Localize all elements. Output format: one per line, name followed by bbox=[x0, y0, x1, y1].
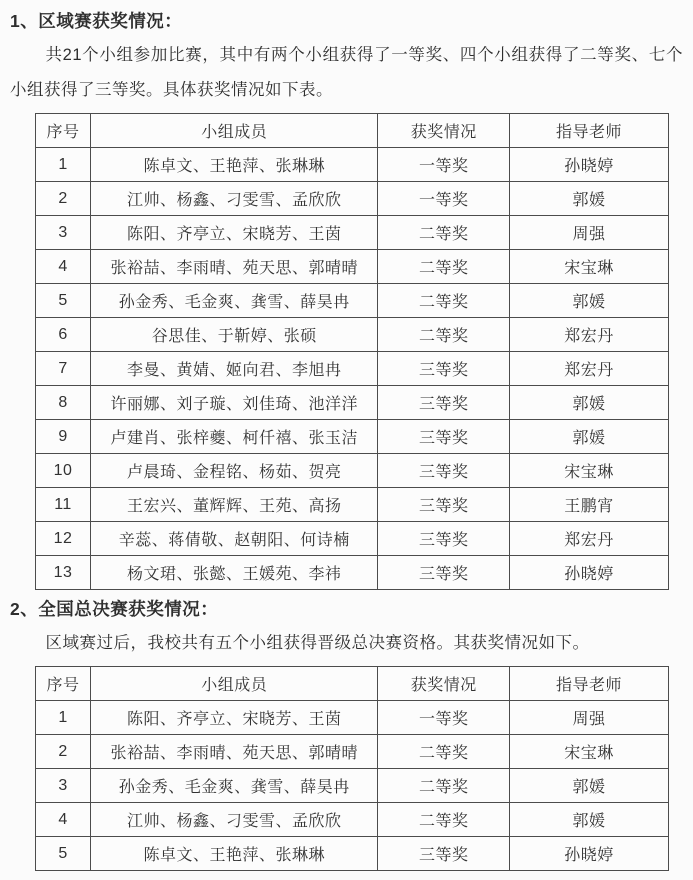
table-row: 1陈阳、齐亭立、宋晓芳、王茵一等奖周强 bbox=[36, 701, 669, 735]
header-row: 序号小组成员获奖情况指导老师 bbox=[36, 667, 669, 701]
cell-index: 1 bbox=[36, 148, 91, 182]
cell-members: 江帅、杨鑫、刁雯雪、孟欣欣 bbox=[91, 803, 378, 837]
cell-members: 辛蕊、蒋倩敬、赵朝阳、何诗楠 bbox=[91, 522, 378, 556]
cell-members: 许丽娜、刘子璇、刘佳琦、池洋洋 bbox=[91, 386, 378, 420]
table-row: 5孙金秀、毛金爽、龚雪、薛昊冉二等奖郭媛 bbox=[36, 284, 669, 318]
cell-award: 二等奖 bbox=[378, 284, 510, 318]
column-header: 获奖情况 bbox=[378, 667, 510, 701]
column-header: 序号 bbox=[36, 114, 91, 148]
cell-members: 卢晨琦、金程铭、杨茹、贺亮 bbox=[91, 454, 378, 488]
table-row: 7李曼、黄婧、姬向君、李旭冉三等奖郑宏丹 bbox=[36, 352, 669, 386]
cell-index: 13 bbox=[36, 556, 91, 590]
cell-award: 二等奖 bbox=[378, 803, 510, 837]
cell-members: 李曼、黄婧、姬向君、李旭冉 bbox=[91, 352, 378, 386]
cell-advisor: 宋宝琳 bbox=[510, 735, 669, 769]
cell-award: 三等奖 bbox=[378, 556, 510, 590]
table-row: 13杨文珺、张懿、王媛苑、李祎三等奖孙晓婷 bbox=[36, 556, 669, 590]
cell-advisor: 孙晓婷 bbox=[510, 837, 669, 871]
table-row: 6谷思佳、于靳婷、张硕二等奖郑宏丹 bbox=[36, 318, 669, 352]
table-row: 10卢晨琦、金程铭、杨茹、贺亮三等奖宋宝琳 bbox=[36, 454, 669, 488]
cell-index: 3 bbox=[36, 769, 91, 803]
cell-index: 9 bbox=[36, 420, 91, 454]
cell-award: 三等奖 bbox=[378, 352, 510, 386]
column-header: 序号 bbox=[36, 667, 91, 701]
header-row: 序号小组成员获奖情况指导老师 bbox=[36, 114, 669, 148]
cell-award: 一等奖 bbox=[378, 182, 510, 216]
cell-award: 二等奖 bbox=[378, 250, 510, 284]
cell-advisor: 宋宝琳 bbox=[510, 454, 669, 488]
cell-index: 12 bbox=[36, 522, 91, 556]
cell-members: 陈卓文、王艳萍、张琳琳 bbox=[91, 837, 378, 871]
table-row: 3陈阳、齐亭立、宋晓芳、王茵二等奖周强 bbox=[36, 216, 669, 250]
cell-advisor: 王鹏宵 bbox=[510, 488, 669, 522]
cell-index: 2 bbox=[36, 182, 91, 216]
cell-index: 4 bbox=[36, 803, 91, 837]
cell-members: 孙金秀、毛金爽、龚雪、薛昊冉 bbox=[91, 769, 378, 803]
cell-award: 一等奖 bbox=[378, 148, 510, 182]
table-row: 8许丽娜、刘子璇、刘佳琦、池洋洋三等奖郭媛 bbox=[36, 386, 669, 420]
cell-members: 江帅、杨鑫、刁雯雪、孟欣欣 bbox=[91, 182, 378, 216]
cell-members: 张裕喆、李雨晴、苑天思、郭晴晴 bbox=[91, 735, 378, 769]
cell-award: 三等奖 bbox=[378, 522, 510, 556]
table-row: 2江帅、杨鑫、刁雯雪、孟欣欣一等奖郭媛 bbox=[36, 182, 669, 216]
section2-heading: 2、全国总决赛获奖情况： bbox=[10, 596, 683, 622]
column-header: 小组成员 bbox=[91, 667, 378, 701]
cell-index: 6 bbox=[36, 318, 91, 352]
finals-awards-table: 序号小组成员获奖情况指导老师1陈阳、齐亭立、宋晓芳、王茵一等奖周强2张裕喆、李雨… bbox=[35, 666, 669, 871]
table-row: 3孙金秀、毛金爽、龚雪、薛昊冉二等奖郭媛 bbox=[36, 769, 669, 803]
document-page: 1、区域赛获奖情况： 共21个小组参加比赛，其中有两个小组获得了一等奖、四个小组… bbox=[0, 0, 693, 871]
cell-index: 2 bbox=[36, 735, 91, 769]
cell-advisor: 郑宏丹 bbox=[510, 522, 669, 556]
cell-index: 7 bbox=[36, 352, 91, 386]
table-row: 4江帅、杨鑫、刁雯雪、孟欣欣二等奖郭媛 bbox=[36, 803, 669, 837]
cell-members: 陈阳、齐亭立、宋晓芳、王茵 bbox=[91, 216, 378, 250]
cell-advisor: 周强 bbox=[510, 701, 669, 735]
section1-paragraph: 共21个小组参加比赛，其中有两个小组获得了一等奖、四个小组获得了二等奖、七个小组… bbox=[10, 38, 683, 108]
cell-advisor: 郑宏丹 bbox=[510, 318, 669, 352]
cell-members: 陈阳、齐亭立、宋晓芳、王茵 bbox=[91, 701, 378, 735]
cell-members: 王宏兴、董辉辉、王苑、高扬 bbox=[91, 488, 378, 522]
cell-award: 三等奖 bbox=[378, 386, 510, 420]
cell-members: 杨文珺、张懿、王媛苑、李祎 bbox=[91, 556, 378, 590]
section1-heading: 1、区域赛获奖情况： bbox=[10, 8, 683, 34]
cell-advisor: 孙晓婷 bbox=[510, 556, 669, 590]
cell-index: 11 bbox=[36, 488, 91, 522]
column-header: 获奖情况 bbox=[378, 114, 510, 148]
column-header: 指导老师 bbox=[510, 114, 669, 148]
cell-advisor: 郭媛 bbox=[510, 420, 669, 454]
cell-advisor: 周强 bbox=[510, 216, 669, 250]
cell-award: 三等奖 bbox=[378, 420, 510, 454]
cell-index: 4 bbox=[36, 250, 91, 284]
cell-award: 三等奖 bbox=[378, 454, 510, 488]
cell-members: 张裕喆、李雨晴、苑天思、郭晴晴 bbox=[91, 250, 378, 284]
cell-award: 二等奖 bbox=[378, 735, 510, 769]
cell-award: 二等奖 bbox=[378, 769, 510, 803]
cell-advisor: 郭媛 bbox=[510, 803, 669, 837]
cell-index: 3 bbox=[36, 216, 91, 250]
table-row: 1陈卓文、王艳萍、张琳琳一等奖孙晓婷 bbox=[36, 148, 669, 182]
cell-advisor: 郭媛 bbox=[510, 284, 669, 318]
cell-members: 谷思佳、于靳婷、张硕 bbox=[91, 318, 378, 352]
table-row: 2张裕喆、李雨晴、苑天思、郭晴晴二等奖宋宝琳 bbox=[36, 735, 669, 769]
cell-award: 三等奖 bbox=[378, 837, 510, 871]
table-row: 9卢建肖、张梓夔、柯仟禧、张玉洁三等奖郭媛 bbox=[36, 420, 669, 454]
cell-award: 三等奖 bbox=[378, 488, 510, 522]
cell-members: 卢建肖、张梓夔、柯仟禧、张玉洁 bbox=[91, 420, 378, 454]
table-row: 5陈卓文、王艳萍、张琳琳三等奖孙晓婷 bbox=[36, 837, 669, 871]
table-row: 12辛蕊、蒋倩敬、赵朝阳、何诗楠三等奖郑宏丹 bbox=[36, 522, 669, 556]
cell-index: 5 bbox=[36, 837, 91, 871]
cell-members: 陈卓文、王艳萍、张琳琳 bbox=[91, 148, 378, 182]
cell-award: 一等奖 bbox=[378, 701, 510, 735]
table-row: 11王宏兴、董辉辉、王苑、高扬三等奖王鹏宵 bbox=[36, 488, 669, 522]
column-header: 指导老师 bbox=[510, 667, 669, 701]
table-row: 4张裕喆、李雨晴、苑天思、郭晴晴二等奖宋宝琳 bbox=[36, 250, 669, 284]
cell-advisor: 郭媛 bbox=[510, 386, 669, 420]
cell-award: 二等奖 bbox=[378, 216, 510, 250]
cell-advisor: 郭媛 bbox=[510, 182, 669, 216]
section2-paragraph: 区域赛过后，我校共有五个小组获得晋级总决赛资格。其获奖情况如下。 bbox=[10, 626, 683, 661]
regional-awards-table: 序号小组成员获奖情况指导老师1陈卓文、王艳萍、张琳琳一等奖孙晓婷2江帅、杨鑫、刁… bbox=[35, 113, 669, 590]
cell-members: 孙金秀、毛金爽、龚雪、薛昊冉 bbox=[91, 284, 378, 318]
cell-award: 二等奖 bbox=[378, 318, 510, 352]
cell-index: 5 bbox=[36, 284, 91, 318]
cell-advisor: 郭媛 bbox=[510, 769, 669, 803]
cell-index: 1 bbox=[36, 701, 91, 735]
cell-index: 10 bbox=[36, 454, 91, 488]
cell-advisor: 孙晓婷 bbox=[510, 148, 669, 182]
column-header: 小组成员 bbox=[91, 114, 378, 148]
cell-advisor: 宋宝琳 bbox=[510, 250, 669, 284]
cell-index: 8 bbox=[36, 386, 91, 420]
cell-advisor: 郑宏丹 bbox=[510, 352, 669, 386]
